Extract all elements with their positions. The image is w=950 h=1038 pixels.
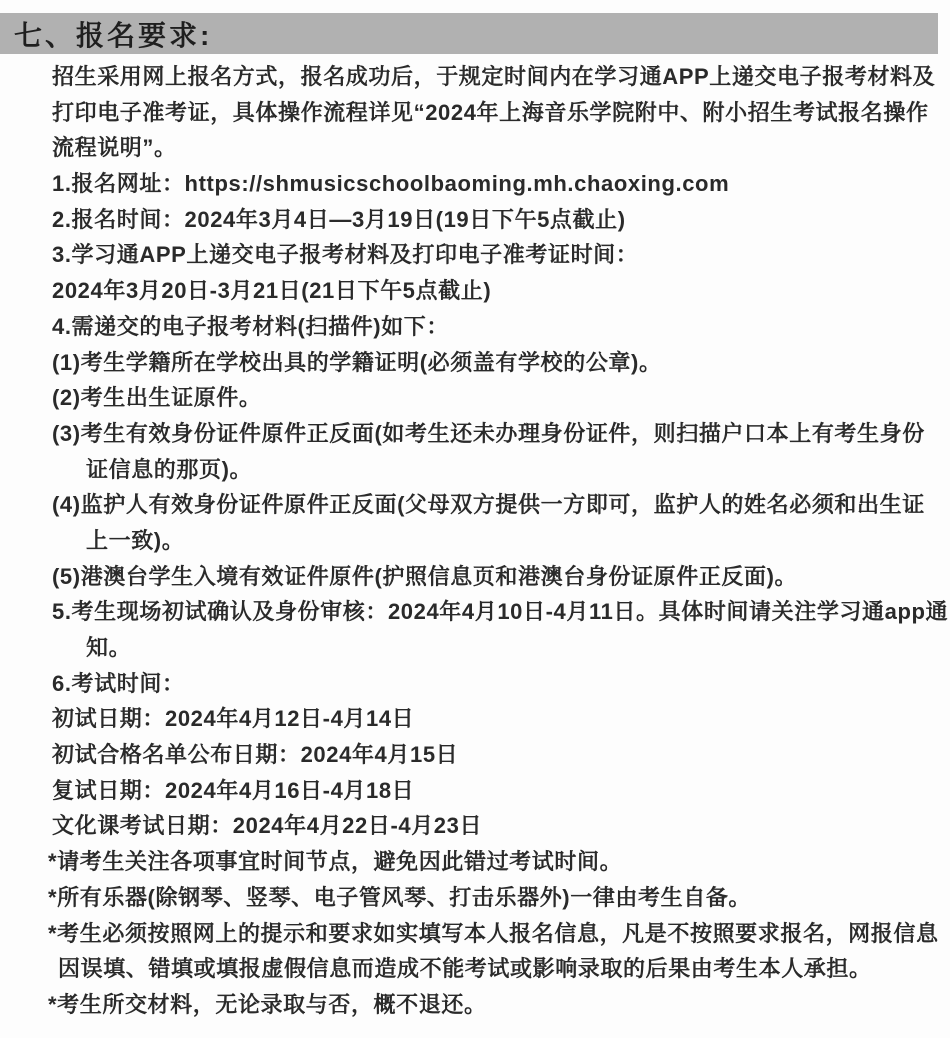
text-line: 5.考生现场初试确认及身份审核：2024年4月10日-4月11日。具体时间请关注… (0, 594, 950, 630)
text-line: 流程说明”。 (0, 130, 950, 166)
text-line: 2.报名时间：2024年3月4日—3月19日(19日下午5点截止) (0, 202, 950, 238)
document-page: 七、报名要求: 招生采用网上报名方式，报名成功后，于规定时间内在学习通APP上递… (0, 0, 950, 1038)
text-line: 初试日期：2024年4月12日-4月14日 (0, 701, 950, 737)
text-line: *请考生关注各项事宜时间节点，避免因此错过考试时间。 (0, 844, 950, 880)
text-line: 3.学习通APP上递交电子报考材料及打印电子准考证时间： (0, 237, 950, 273)
text-line: 知。 (0, 630, 950, 666)
document-body: 招生采用网上报名方式，报名成功后，于规定时间内在学习通APP上递交电子报考材料及… (0, 59, 950, 1023)
text-line: (1)考生学籍所在学校出具的学籍证明(必须盖有学校的公章)。 (0, 345, 950, 381)
text-line: 招生采用网上报名方式，报名成功后，于规定时间内在学习通APP上递交电子报考材料及 (0, 59, 950, 95)
text-line: 2024年3月20日-3月21日(21日下午5点截止) (0, 273, 950, 309)
text-line: *所有乐器(除钢琴、竖琴、电子管风琴、打击乐器外)一律由考生自备。 (0, 880, 950, 916)
text-line: (2)考生出生证原件。 (0, 380, 950, 416)
text-line: (3)考生有效身份证件原件正反面(如考生还未办理身份证件，则扫描户口本上有考生身… (0, 416, 950, 452)
text-line: 复试日期：2024年4月16日-4月18日 (0, 773, 950, 809)
text-line: 6.考试时间： (0, 666, 950, 702)
section-header-bar: 七、报名要求: (0, 13, 938, 54)
text-line: 打印电子准考证，具体操作流程详见“2024年上海音乐学院附中、附小招生考试报名操… (0, 95, 950, 131)
text-line: (5)港澳台学生入境有效证件原件(护照信息页和港澳台身份证原件正反面)。 (0, 559, 950, 595)
section-title: 七、报名要求: (14, 14, 212, 54)
text-line: 证信息的那页)。 (0, 452, 950, 488)
text-line: 1.报名网址：https://shmusicschoolbaoming.mh.c… (0, 166, 950, 202)
text-line: 4.需递交的电子报考材料(扫描件)如下： (0, 309, 950, 345)
text-line: 初试合格名单公布日期：2024年4月15日 (0, 737, 950, 773)
text-line: (4)监护人有效身份证件原件正反面(父母双方提供一方即可，监护人的姓名必须和出生… (0, 487, 950, 523)
text-line: 文化课考试日期：2024年4月22日-4月23日 (0, 808, 950, 844)
text-line: 因误填、错填或填报虚假信息而造成不能考试或影响录取的后果由考生本人承担。 (0, 951, 950, 987)
text-line: *考生必须按照网上的提示和要求如实填写本人报名信息，凡是不按照要求报名，网报信息 (0, 916, 950, 952)
text-line: *考生所交材料，无论录取与否，概不退还。 (0, 987, 950, 1023)
text-line: 上一致)。 (0, 523, 950, 559)
